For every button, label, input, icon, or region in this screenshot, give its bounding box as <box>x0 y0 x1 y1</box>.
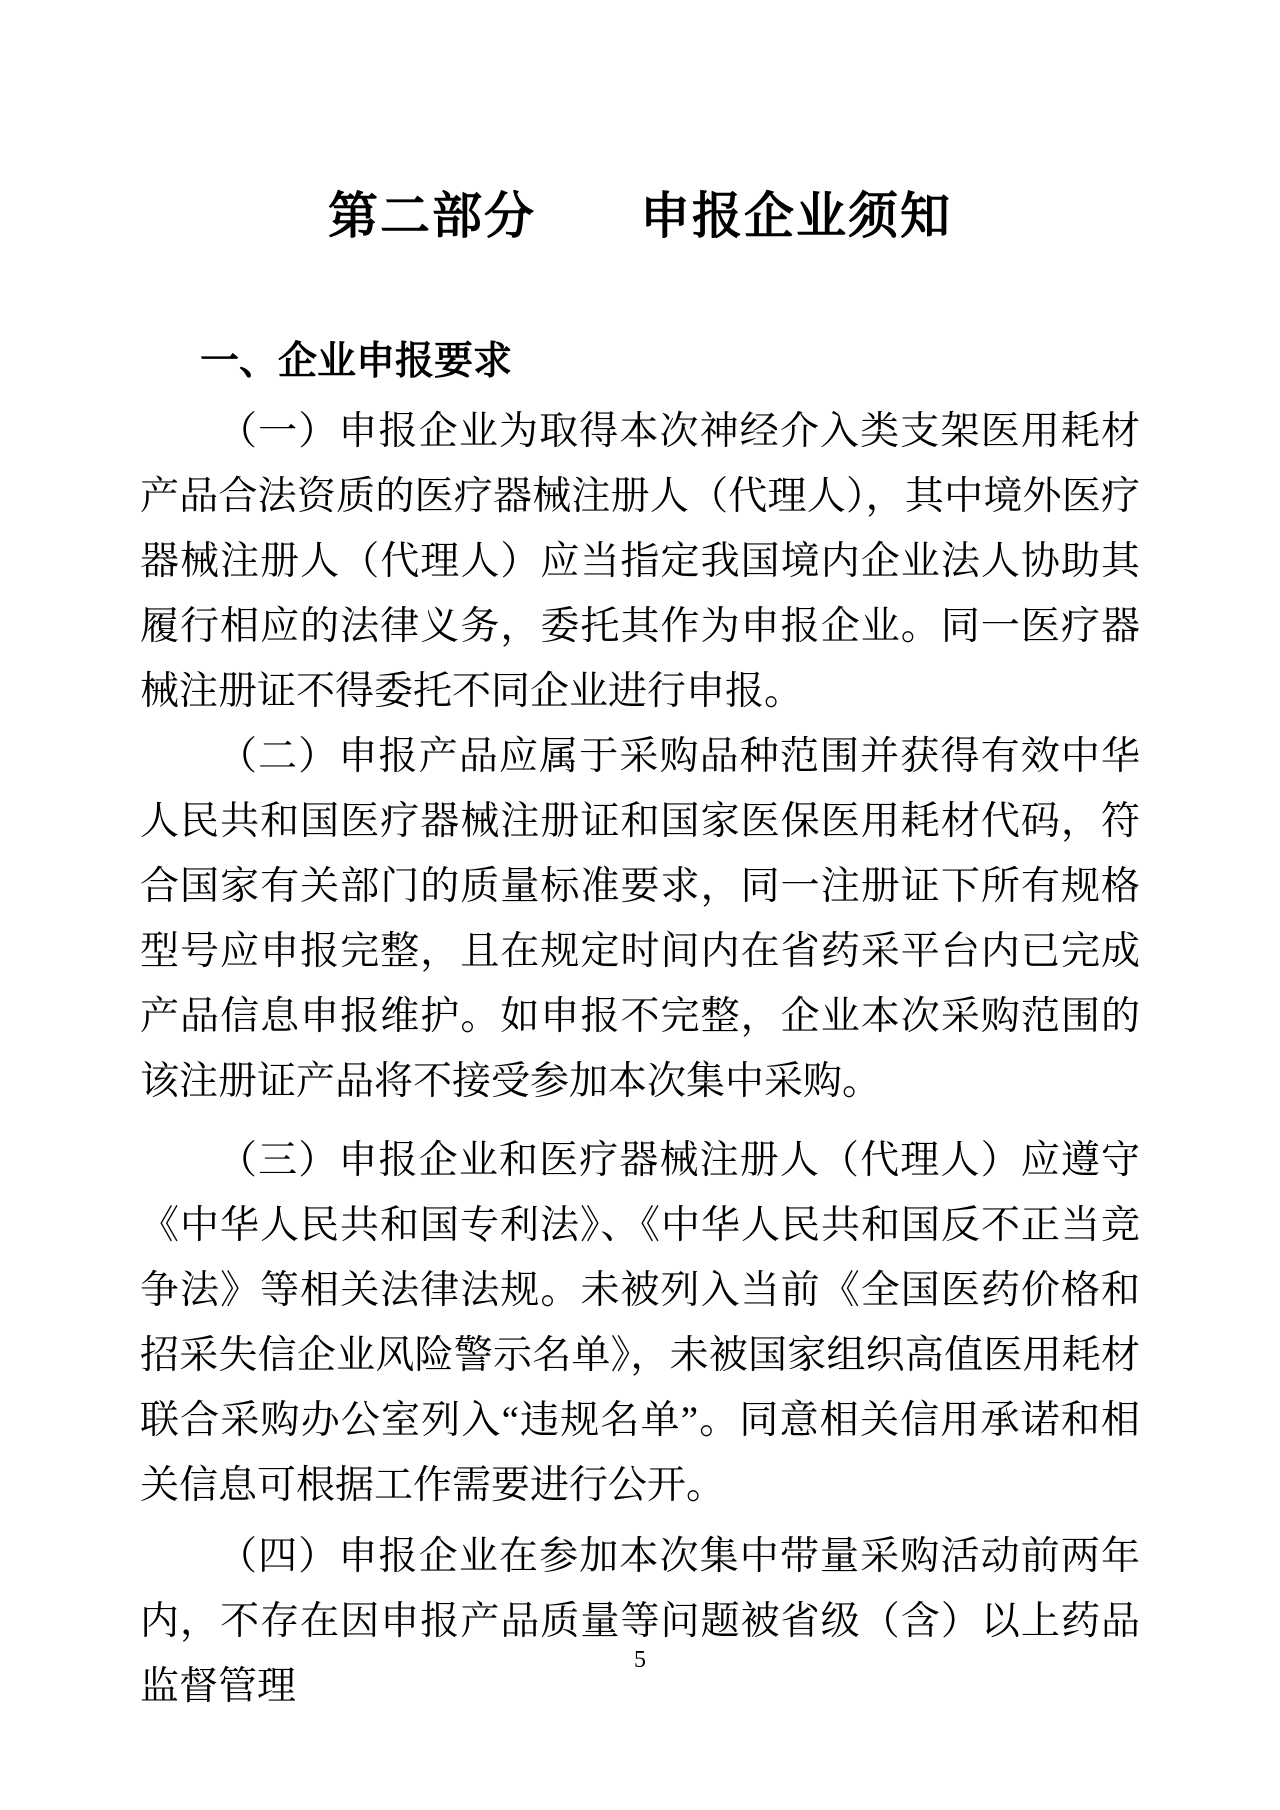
document-title: 第二部分 申报企业须知 <box>140 186 1140 246</box>
paragraph-4: （四）申报企业在参加本次集中带量采购活动前两年内，不存在因申报产品质量等问题被省… <box>140 1524 1140 1719</box>
paragraph-2: （二）申报产品应属于采购品种范围并获得有效中华人民共和国医疗器械注册证和国家医保… <box>140 724 1140 1114</box>
paragraph-1: （一）申报企业为取得本次神经介入类支架医用耗材产品合法资质的医疗器械注册人（代理… <box>140 399 1140 724</box>
page-number: 5 <box>0 1646 1280 1674</box>
document-page: 第二部分 申报企业须知 一、企业申报要求 （一）申报企业为取得本次神经介入类支架… <box>0 0 1280 1810</box>
section-heading: 一、企业申报要求 <box>140 329 1140 394</box>
paragraph-3: （三）申报企业和医疗器械注册人（代理人）应遵守《中华人民共和国专利法》、《中华人… <box>140 1128 1140 1518</box>
